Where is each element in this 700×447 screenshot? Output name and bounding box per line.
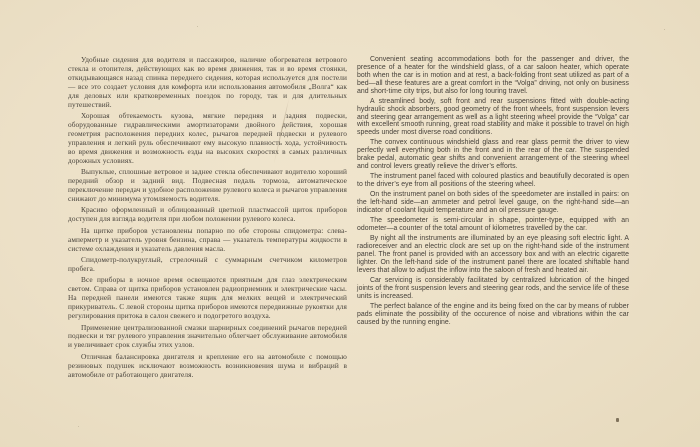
- russian-paragraph-lubrication: Применение централизованной смазки шарни…: [68, 324, 347, 351]
- english-paragraph-seating-comfort: Convenient seating accommodations both f…: [357, 56, 629, 96]
- russian-paragraph-speedometer: Спидометр-полукруглый, стрелочный с сумм…: [68, 256, 347, 274]
- paper-speck: [197, 26, 198, 27]
- english-paragraph-speedometer: The speedometer is semi-circular in shap…: [357, 217, 629, 233]
- english-paragraph-lighting-accessories: By night all the instruments are illumin…: [357, 235, 629, 275]
- english-paragraph-engine-balance: The perfect balance of the engine and it…: [357, 303, 629, 327]
- russian-paragraph-visibility: Выпуклые, сплошные ветровое и заднее сте…: [68, 168, 347, 204]
- paper-speck: [664, 29, 665, 30]
- russian-paragraph-seating-comfort: Удобные сидения для водителя и пассажиро…: [68, 56, 347, 109]
- paper-speck: [78, 426, 79, 427]
- english-paragraph-lubrication: Car servicing is considerably facilitate…: [357, 277, 629, 301]
- russian-paragraph-suspension: Хорошая обтекаемость кузова, мягкие пере…: [68, 112, 347, 165]
- english-text-column: Convenient seating accommodations both f…: [357, 56, 629, 329]
- page-number-speck: [616, 418, 619, 422]
- english-paragraph-suspension: A streamlined body, soft front and rear …: [357, 98, 629, 138]
- english-paragraph-gauges: On the instrument panel on both sides of…: [357, 191, 629, 215]
- russian-text-column: Удобные сидения для водителя и пассажиро…: [68, 56, 347, 382]
- english-paragraph-instrument-panel: The instrument panel faced with coloured…: [357, 173, 629, 189]
- russian-paragraph-lighting-accessories: Все приборы в ночное время освещаются пр…: [68, 276, 347, 321]
- russian-paragraph-engine-balance: Отличная балансировка двигателя и крепле…: [68, 353, 347, 380]
- russian-paragraph-instrument-panel: Красиво оформленный и облицованный цветн…: [68, 206, 347, 224]
- scanned-brochure-page: Удобные сидения для водителя и пассажиро…: [0, 0, 700, 447]
- russian-paragraph-gauges: На щитке приборов установлены попарно по…: [68, 227, 347, 254]
- english-paragraph-visibility: The convex continuous windshield glass a…: [357, 139, 629, 171]
